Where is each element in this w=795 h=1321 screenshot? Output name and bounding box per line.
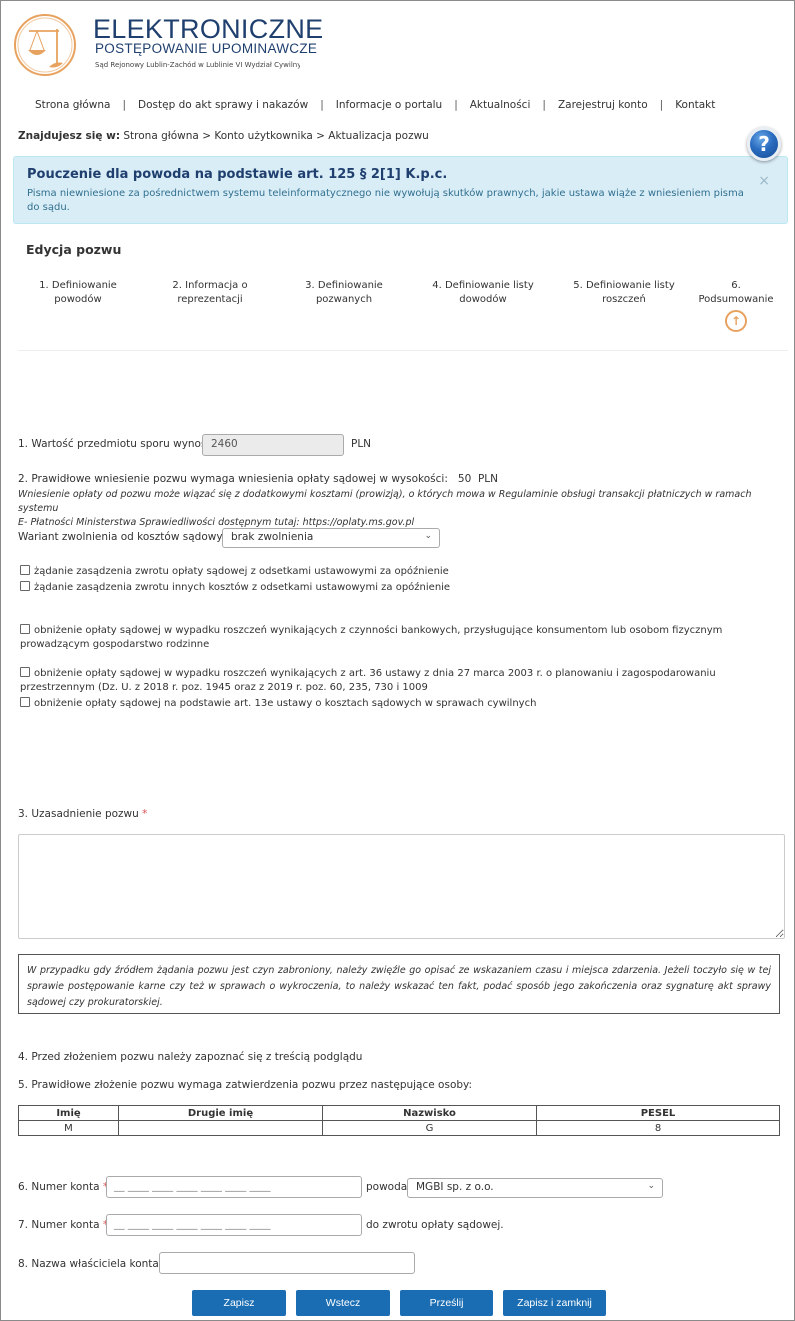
fee-note-line1: Wniesienie opłaty od pozwu może wiązać s… [18, 488, 783, 516]
col-pesel: PESEL [537, 1106, 780, 1121]
claim-value-field[interactable]: 2460 [202, 434, 344, 456]
chevron-down-icon: ⌄ [424, 531, 432, 541]
alert-text: Pisma niewniesione za pośrednictwem syst… [27, 187, 747, 215]
step-label: dowodów [423, 293, 543, 307]
table-row: M G 8 [19, 1121, 780, 1136]
checkbox[interactable] [20, 624, 30, 634]
save-button[interactable]: Zapisz [192, 1290, 286, 1316]
q2-line: 2. Prawidłowe wniesienie pozwu wymaga wn… [18, 473, 498, 485]
plaintiff-selected: MGBI sp. z o.o. [416, 1181, 494, 1193]
nav-portal-info[interactable]: Informacje o portalu [336, 99, 442, 111]
q7-label: 7. Numer konta [18, 1219, 100, 1231]
nav-register[interactable]: Zarejestruj konto [558, 99, 648, 111]
breadcrumb-separator: > [316, 130, 325, 142]
checkbox[interactable] [20, 565, 30, 575]
step-plaintiffs[interactable]: 1. Definiowanie powodów [28, 279, 128, 307]
q1-label: 1. Wartość przedmiotu sporu wynosi: [18, 438, 213, 450]
step-label: 6. [694, 279, 778, 293]
scales-of-justice-icon [13, 13, 77, 77]
exemption-selected: brak zwolnienia [231, 531, 313, 543]
cell-first-name: M [19, 1121, 119, 1136]
q8-label-row: 8. Nazwa właściciela konta * [18, 1258, 167, 1270]
q6-suffix: powoda [366, 1181, 407, 1193]
cell-pesel: 8 [537, 1121, 780, 1136]
step-label: reprezentacji [160, 293, 260, 307]
exemption-select[interactable]: brak zwolnienia ⌄ [222, 528, 440, 548]
checkbox-label: żądanie zasądzenia zwrotu innych kosztów… [34, 582, 450, 593]
nav-separator: | [542, 99, 546, 111]
plaintiff-select[interactable]: MGBI sp. z o.o. ⌄ [407, 1178, 663, 1198]
checkbox-label: obniżenie opłaty sądowej w wypadku roszc… [20, 625, 722, 650]
step-label: 1. Definiowanie [28, 279, 128, 293]
cell-last-name: G [323, 1121, 537, 1136]
step-label: 5. Definiowanie listy [564, 279, 684, 293]
step-label: 4. Definiowanie listy [423, 279, 543, 293]
nav-separator: | [660, 99, 664, 111]
step-defendants[interactable]: 3. Definiowanie pozwanych [294, 279, 394, 307]
q4-label: 4. Przed złożeniem pozwu należy zapoznać… [18, 1051, 362, 1063]
checkbox-item: żądanie zasądzenia zwrotu opłaty sądowej… [20, 565, 785, 579]
account-owner-input[interactable] [159, 1252, 415, 1274]
checkbox-item: obniżenie opłaty sądowej w wypadku roszc… [20, 667, 785, 695]
cell-second-name [119, 1121, 323, 1136]
help-question-icon[interactable]: ? [747, 127, 781, 161]
table-header-row: Imię Drugie imię Nazwisko PESEL [19, 1106, 780, 1121]
col-first-name: Imię [19, 1106, 119, 1121]
justification-textarea[interactable] [18, 834, 785, 939]
checkbox[interactable] [20, 581, 30, 591]
breadcrumb-label: Znajdujesz się w: [18, 130, 120, 142]
checkbox-item: żądanie zasądzenia zwrotu innych kosztów… [20, 581, 785, 595]
send-button[interactable]: Prześlij [400, 1290, 493, 1316]
section-title: Edycja pozwu [26, 242, 121, 257]
nav-case-access[interactable]: Dostęp do akt sprawy i nakazów [138, 99, 308, 111]
payments-link[interactable]: https://oplaty.ms.gov.pl [303, 517, 415, 528]
q6-label-row: 6. Numer konta * [18, 1181, 108, 1193]
instruction-alert: Pouczenie dla powoda na podstawie art. 1… [13, 156, 788, 224]
q1-unit: PLN [351, 438, 371, 450]
exemption-label: Wariant zwolnienia od kosztów sądowych [18, 531, 235, 543]
checkbox-label: obniżenie opłaty sądowej w wypadku roszc… [20, 668, 716, 693]
step-summary[interactable]: 6. Podsumowanie ↑ [694, 279, 778, 332]
checkbox-label: żądanie zasądzenia zwrotu opłaty sądowej… [34, 566, 449, 577]
q5-label: 5. Prawidłowe złożenie pozwu wymaga zatw… [18, 1079, 472, 1091]
q7-suffix: do zwrotu opłaty sądowej. [366, 1219, 504, 1231]
nav-separator: | [454, 99, 458, 111]
q6-label: 6. Numer konta [18, 1181, 100, 1193]
checkbox-item: obniżenie opłaty sądowej w wypadku roszc… [20, 624, 785, 652]
step-evidence[interactable]: 4. Definiowanie listy dowodów [423, 279, 543, 307]
fee-amount: 50 [458, 473, 471, 485]
nav-home[interactable]: Strona główna [35, 99, 110, 111]
justification-info: W przypadku gdy źródłem żądania pozwu je… [18, 954, 780, 1014]
nav-contact[interactable]: Kontakt [675, 99, 715, 111]
q2-label: 2. Prawidłowe wniesienie pozwu wymaga wn… [18, 473, 448, 485]
plaintiff-account-input[interactable]: __ ____ ____ ____ ____ ____ ____ [106, 1176, 362, 1198]
refund-account-input[interactable]: __ ____ ____ ____ ____ ____ ____ [106, 1214, 362, 1236]
breadcrumb-current: Aktualizacja pozwu [328, 130, 429, 142]
close-icon[interactable]: × [758, 173, 770, 189]
checkbox-item: obniżenie opłaty sądowej na podstawie ar… [20, 697, 785, 711]
wizard-steps: 1. Definiowanie powodów 2. Informacja o … [18, 279, 788, 351]
save-and-close-button[interactable]: Zapisz i zamknij [503, 1290, 606, 1316]
col-second-name: Drugie imię [119, 1106, 323, 1121]
back-button[interactable]: Wstecz [296, 1290, 390, 1316]
chevron-down-icon: ⌄ [647, 1181, 655, 1191]
step-representation[interactable]: 2. Informacja o reprezentacji [160, 279, 260, 307]
q3-label-row: 3. Uzasadnienie pozwu * [18, 808, 147, 820]
step-label: 3. Definiowanie [294, 279, 394, 293]
step-label: roszczeń [564, 293, 684, 307]
breadcrumb-home[interactable]: Strona główna [123, 130, 198, 142]
fee-note: Wniesienie opłaty od pozwu może wiązać s… [18, 488, 783, 530]
checkbox[interactable] [20, 667, 30, 677]
step-label: pozwanych [294, 293, 394, 307]
q8-label: 8. Nazwa właściciela konta [18, 1258, 159, 1270]
nav-separator: | [122, 99, 126, 111]
q3-label: 3. Uzasadnienie pozwu [18, 808, 139, 820]
step-label: powodów [28, 293, 128, 307]
court-name: Sąd Rejonowy Lublin-Zachód w Lublinie VI… [95, 61, 300, 69]
alert-title: Pouczenie dla powoda na podstawie art. 1… [27, 167, 447, 182]
approvers-table: Imię Drugie imię Nazwisko PESEL M G 8 [18, 1105, 780, 1136]
nav-separator: | [320, 99, 324, 111]
fee-unit: PLN [478, 473, 498, 485]
step-label: 2. Informacja o [160, 279, 260, 293]
col-last-name: Nazwisko [323, 1106, 537, 1121]
checkbox[interactable] [20, 697, 30, 707]
required-marker: * [142, 808, 147, 820]
breadcrumb-account[interactable]: Konto użytkownika [214, 130, 312, 142]
brand-subtitle: POSTĘPOWANIE UPOMINAWCZE [95, 41, 317, 56]
fee-note-line2: E- Płatności Ministerstwa Sprawiedliwośc… [18, 517, 300, 528]
nav-news[interactable]: Aktualności [470, 99, 531, 111]
breadcrumb-separator: > [202, 130, 211, 142]
arrow-up-circle-icon: ↑ [725, 310, 747, 332]
breadcrumb: Znajdujesz się w: Strona główna > Konto … [18, 130, 429, 142]
step-label: Podsumowanie [694, 293, 778, 307]
checkbox-label: obniżenie opłaty sądowej na podstawie ar… [34, 698, 536, 709]
step-claims[interactable]: 5. Definiowanie listy roszczeń [564, 279, 684, 307]
q7-label-row: 7. Numer konta * [18, 1219, 108, 1231]
main-nav: Strona główna | Dostęp do akt sprawy i n… [35, 99, 715, 111]
